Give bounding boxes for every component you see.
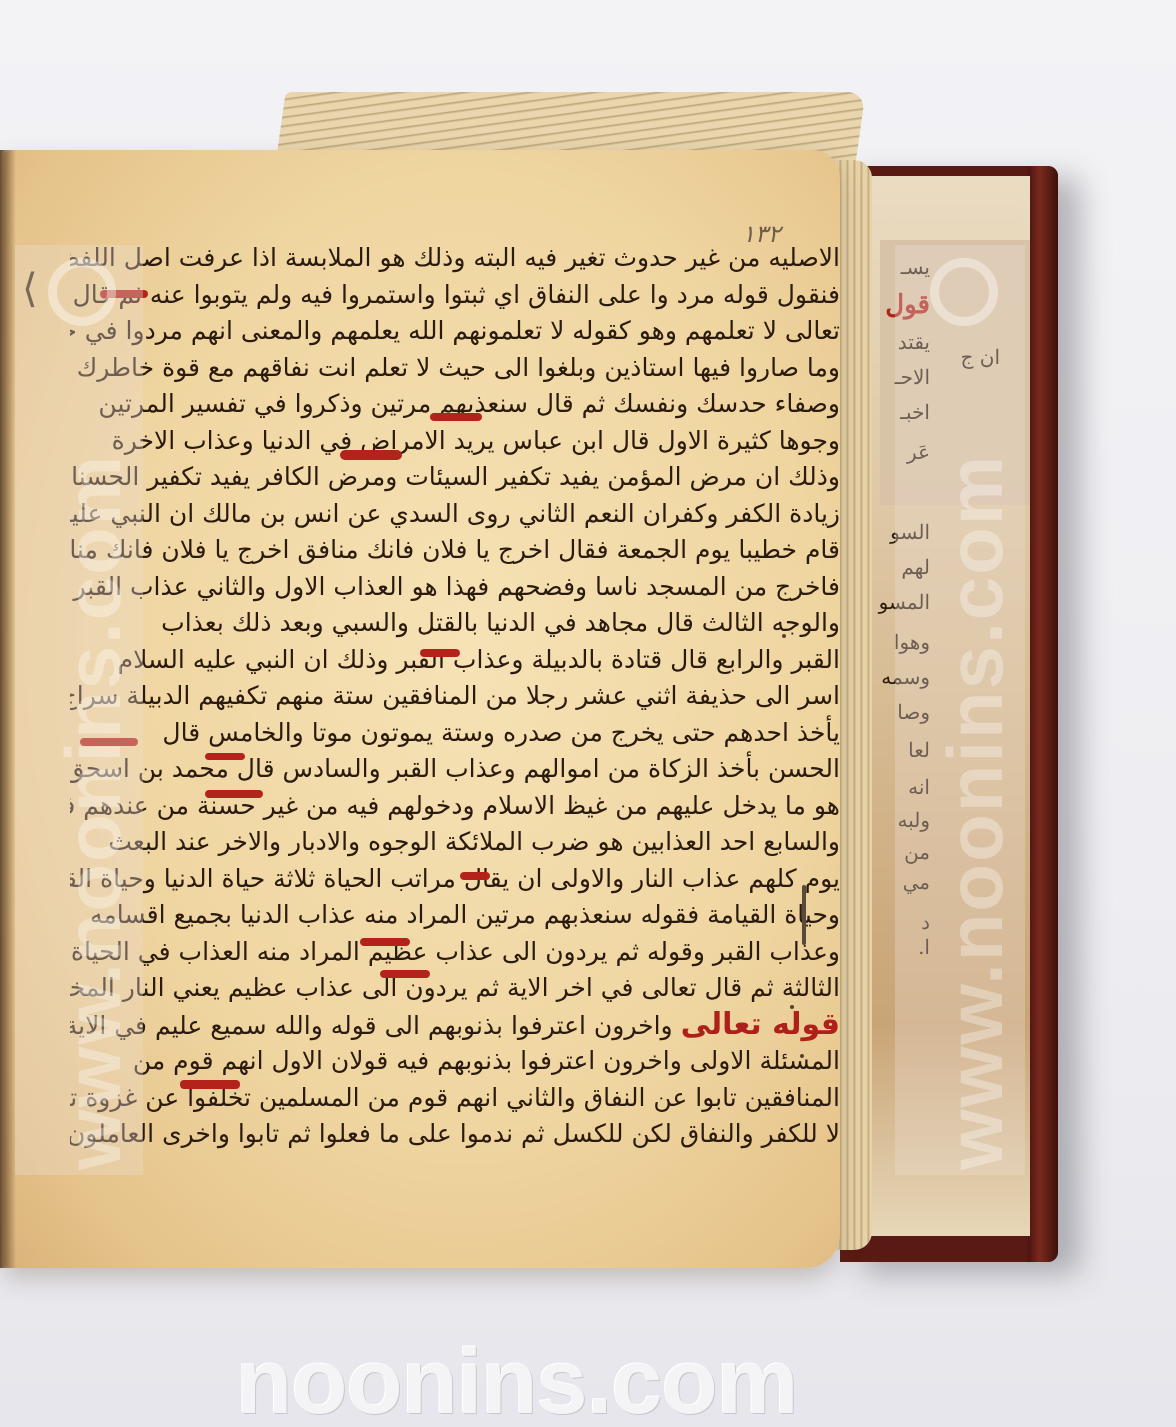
manuscript-text-block: الاصليه من غير حدوث تغير فيه البته وذلك … [70, 240, 840, 1153]
text-line: يوم كلهم عذاب النار والاولى ان يقال مرات… [70, 861, 840, 898]
text-line: فاخرج من المسجد ناسا وفضحهم فهذا هو العذ… [70, 569, 840, 606]
text-line: قام خطيبا يوم الجمعة فقال اخرج يا فلان ف… [70, 532, 840, 569]
rubric-stroke [360, 938, 410, 946]
text-line: لا للكفر والنفاق لكن للكسل ثم ندموا على … [70, 1116, 840, 1153]
margin-dot [800, 1054, 804, 1058]
text-line: وحياة القيامة فقوله سنعذبهم مرتين المراد… [70, 897, 840, 934]
rubric-stroke [205, 753, 245, 760]
watermark-text-left: www.noonins.com [48, 454, 139, 1170]
rubric-stroke [205, 790, 263, 798]
text-line: وذلك ان مرض المؤمن يفيد تكفير السيئات وم… [70, 459, 840, 496]
rubric-stroke [340, 450, 402, 460]
margin-pen-stroke [802, 885, 806, 945]
text-line: وعذاب القبر وقوله ثم يردون الى عذاب عظيم… [70, 934, 840, 971]
margin-dot [782, 634, 786, 638]
text-line: القبر والرابع قال قتادة بالدبيلة وعذاب ا… [70, 642, 840, 679]
text-line: والوجه الثالث قال مجاهد في الدنيا بالقتل… [70, 605, 840, 642]
text-line: الثالثة ثم قال تعالى في اخر الاية ثم يرد… [70, 970, 840, 1007]
text-line: وجوها كثيرة الاول قال ابن عباس يريد الام… [70, 423, 840, 460]
rubric-stroke [430, 413, 482, 421]
text-line: الاصليه من غير حدوث تغير فيه البته وذلك … [70, 240, 840, 277]
text-line: زيادة الكفر وكفران النعم الثاني روى السد… [70, 496, 840, 533]
binding-edge [1028, 166, 1058, 1262]
text-line: اسر الى حذيفة اثني عشر رجلا من المنافقين… [70, 678, 840, 715]
spine-shadow [0, 150, 16, 1268]
text-line: تعالى لا تعلمهم وهو كقوله لا تعلمونهم ال… [70, 313, 840, 350]
copyright-icon [48, 258, 116, 326]
rubric-stroke [180, 1080, 240, 1089]
watermark-text-right: www.noonins.com [930, 454, 1021, 1170]
watermark-text-bottom: noonins.com [236, 1330, 797, 1427]
text-line: المسئلة الاولى واخرون اعترفوا بذنوبهم في… [70, 1043, 840, 1080]
heading-line: قوله تعالى واخرون اعترفوا بذنوبهم الى قو… [70, 1007, 840, 1044]
heading-text: واخرون اعترفوا بذنوبهم الى قوله والله سم… [70, 1011, 673, 1040]
rubric-stroke [420, 649, 460, 657]
rubric-heading: قوله تعالى [681, 1007, 840, 1042]
text-line: فنقول قوله مرد وا على النفاق اي ثبتوا وا… [70, 277, 840, 314]
text-line: هو ما يدخل عليهم من غيظ الاسلام ودخولهم … [70, 788, 840, 825]
margin-dot [790, 1005, 794, 1009]
rubric-stroke [380, 970, 430, 978]
rubric-stroke [460, 872, 490, 880]
copyright-icon [930, 258, 998, 326]
text-line: يأخذ احدهم حتى يخرج من صدره وستة يموتون … [70, 715, 840, 752]
manuscript-photo: يسـ قول يقتد الاحـ اخبـ عَر ان ج السو له… [0, 0, 1176, 1427]
text-line: الحسن بأخذ الزكاة من اموالهم وعذاب القبر… [70, 751, 840, 788]
text-line: وما صاروا فيها استاذين وبلغوا الى حيث لا… [70, 350, 840, 387]
text-line: والسابع احد العذابين هو ضرب الملائكة الو… [70, 824, 840, 861]
